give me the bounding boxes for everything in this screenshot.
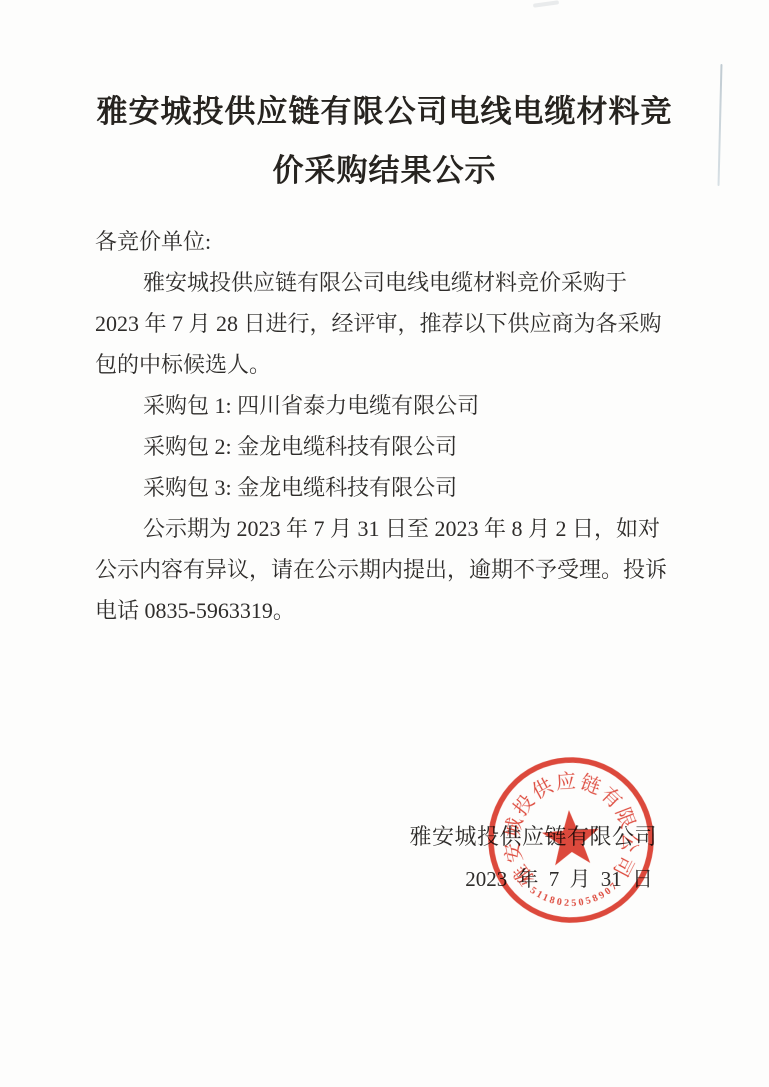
paragraph-line: 公示期为 2023 年 7 月 31 日至 2023 年 8 月 2 日，如对	[95, 508, 681, 549]
title-line-1: 雅安城投供应链有限公司电线电缆材料竞	[0, 82, 769, 141]
document-body: 各竞价单位: 雅安城投供应链有限公司电线电缆材料竞价采购于 2023 年 7 月…	[0, 221, 769, 631]
package-result-3: 采购包 3: 金龙电缆科技有限公司	[95, 467, 681, 508]
title-line-2: 价采购结果公示	[0, 141, 769, 200]
paragraph-line: 雅安城投供应链有限公司电线电缆材料竞价采购于	[95, 262, 681, 303]
package-result-2: 采购包 2: 金龙电缆科技有限公司	[95, 426, 681, 467]
document-title: 雅安城投供应链有限公司电线电缆材料竞 价采购结果公示	[0, 0, 769, 200]
paragraph-line: 公示内容有异议，请在公示期内提出，逾期不予受理。投诉	[95, 549, 681, 590]
paragraph-line: 2023 年 7 月 28 日进行，经评审，推荐以下供应商为各采购	[95, 303, 681, 344]
package-result-1: 采购包 1: 四川省泰力电缆有限公司	[95, 385, 681, 426]
seal-number: 5118025058907	[527, 879, 622, 912]
paragraph-line: 电话 0835-5963319。	[95, 590, 681, 631]
svg-text:5118025058907: 5118025058907	[527, 879, 622, 912]
salutation: 各竞价单位:	[95, 221, 681, 262]
paragraph-line: 包的中标候选人。	[95, 344, 681, 385]
company-seal: 雅安城投供应链有限公司 5118025058907	[479, 748, 663, 932]
star-icon	[540, 808, 601, 866]
document-page: 雅安城投供应链有限公司电线电缆材料竞 价采购结果公示 各竞价单位: 雅安城投供应…	[0, 0, 769, 1087]
